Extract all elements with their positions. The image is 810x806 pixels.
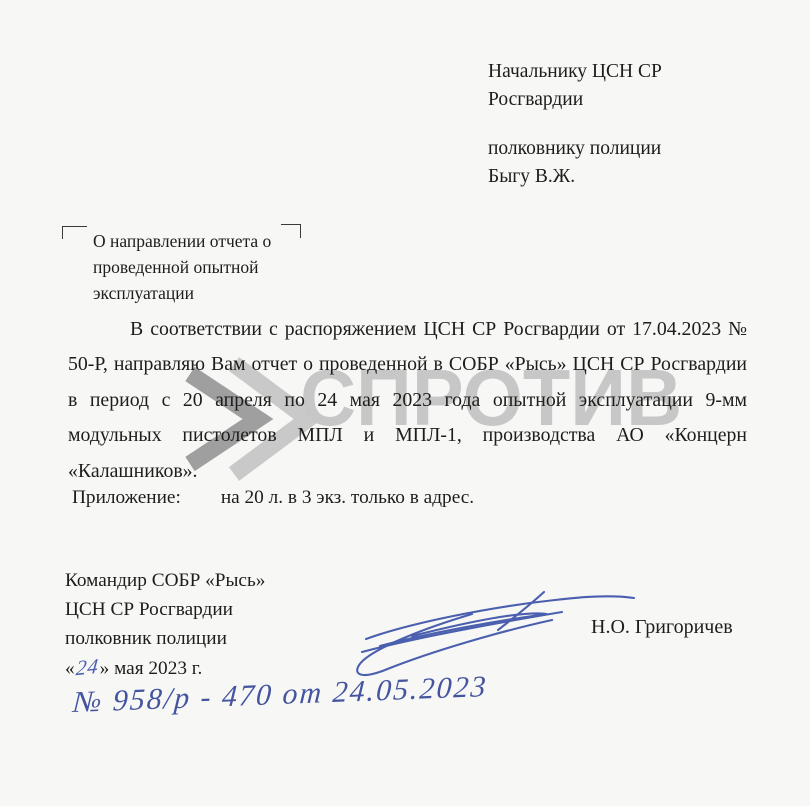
recipient-line: Быгу В.Ж. — [488, 163, 778, 191]
recipient-block: Начальнику ЦСН СР Росгвардии полковнику … — [488, 58, 778, 191]
attachment-value: на 20 л. в 3 экз. только в адрес. — [221, 487, 474, 508]
date-open-quote: « — [65, 658, 75, 679]
attachment-label: Приложение: — [72, 487, 181, 509]
recipient-gap — [488, 114, 778, 135]
date-rest: » мая 2023 г. — [100, 658, 203, 679]
recipient-line: Начальнику ЦСН СР — [488, 58, 778, 86]
subject-line: проведенной опытной — [93, 254, 313, 280]
scanned-letter-page: СПРОТИВ Начальнику ЦСН СР Росгвардии пол… — [0, 0, 810, 806]
recipient-line: Росгвардии — [488, 86, 778, 114]
signature-block: Командир СОБР «Рысь» ЦСН СР Росгвардии п… — [65, 566, 385, 683]
subject-corner-mark-left — [62, 226, 87, 239]
signer-position-line: полковник полиции — [65, 624, 385, 653]
signer-position-line: Командир СОБР «Рысь» — [65, 566, 385, 595]
subject-block: О направлении отчета о проведенной опытн… — [93, 228, 313, 306]
signer-position-line: ЦСН СР Росгвардии — [65, 595, 385, 624]
subject-line: эксплуатации — [93, 280, 313, 306]
attachment-line: Приложение:на 20 л. в 3 экз. только в ад… — [72, 487, 474, 509]
letter-content: Начальнику ЦСН СР Росгвардии полковнику … — [0, 0, 810, 806]
body-paragraph: В соответствии с распоряжением ЦСН СР Ро… — [68, 312, 747, 489]
recipient-line: полковнику полиции — [488, 135, 778, 163]
signer-name: Н.О. Григоричев — [591, 616, 733, 639]
subject-line: О направлении отчета о — [93, 228, 313, 254]
handwritten-date-day: 24 — [74, 652, 100, 684]
